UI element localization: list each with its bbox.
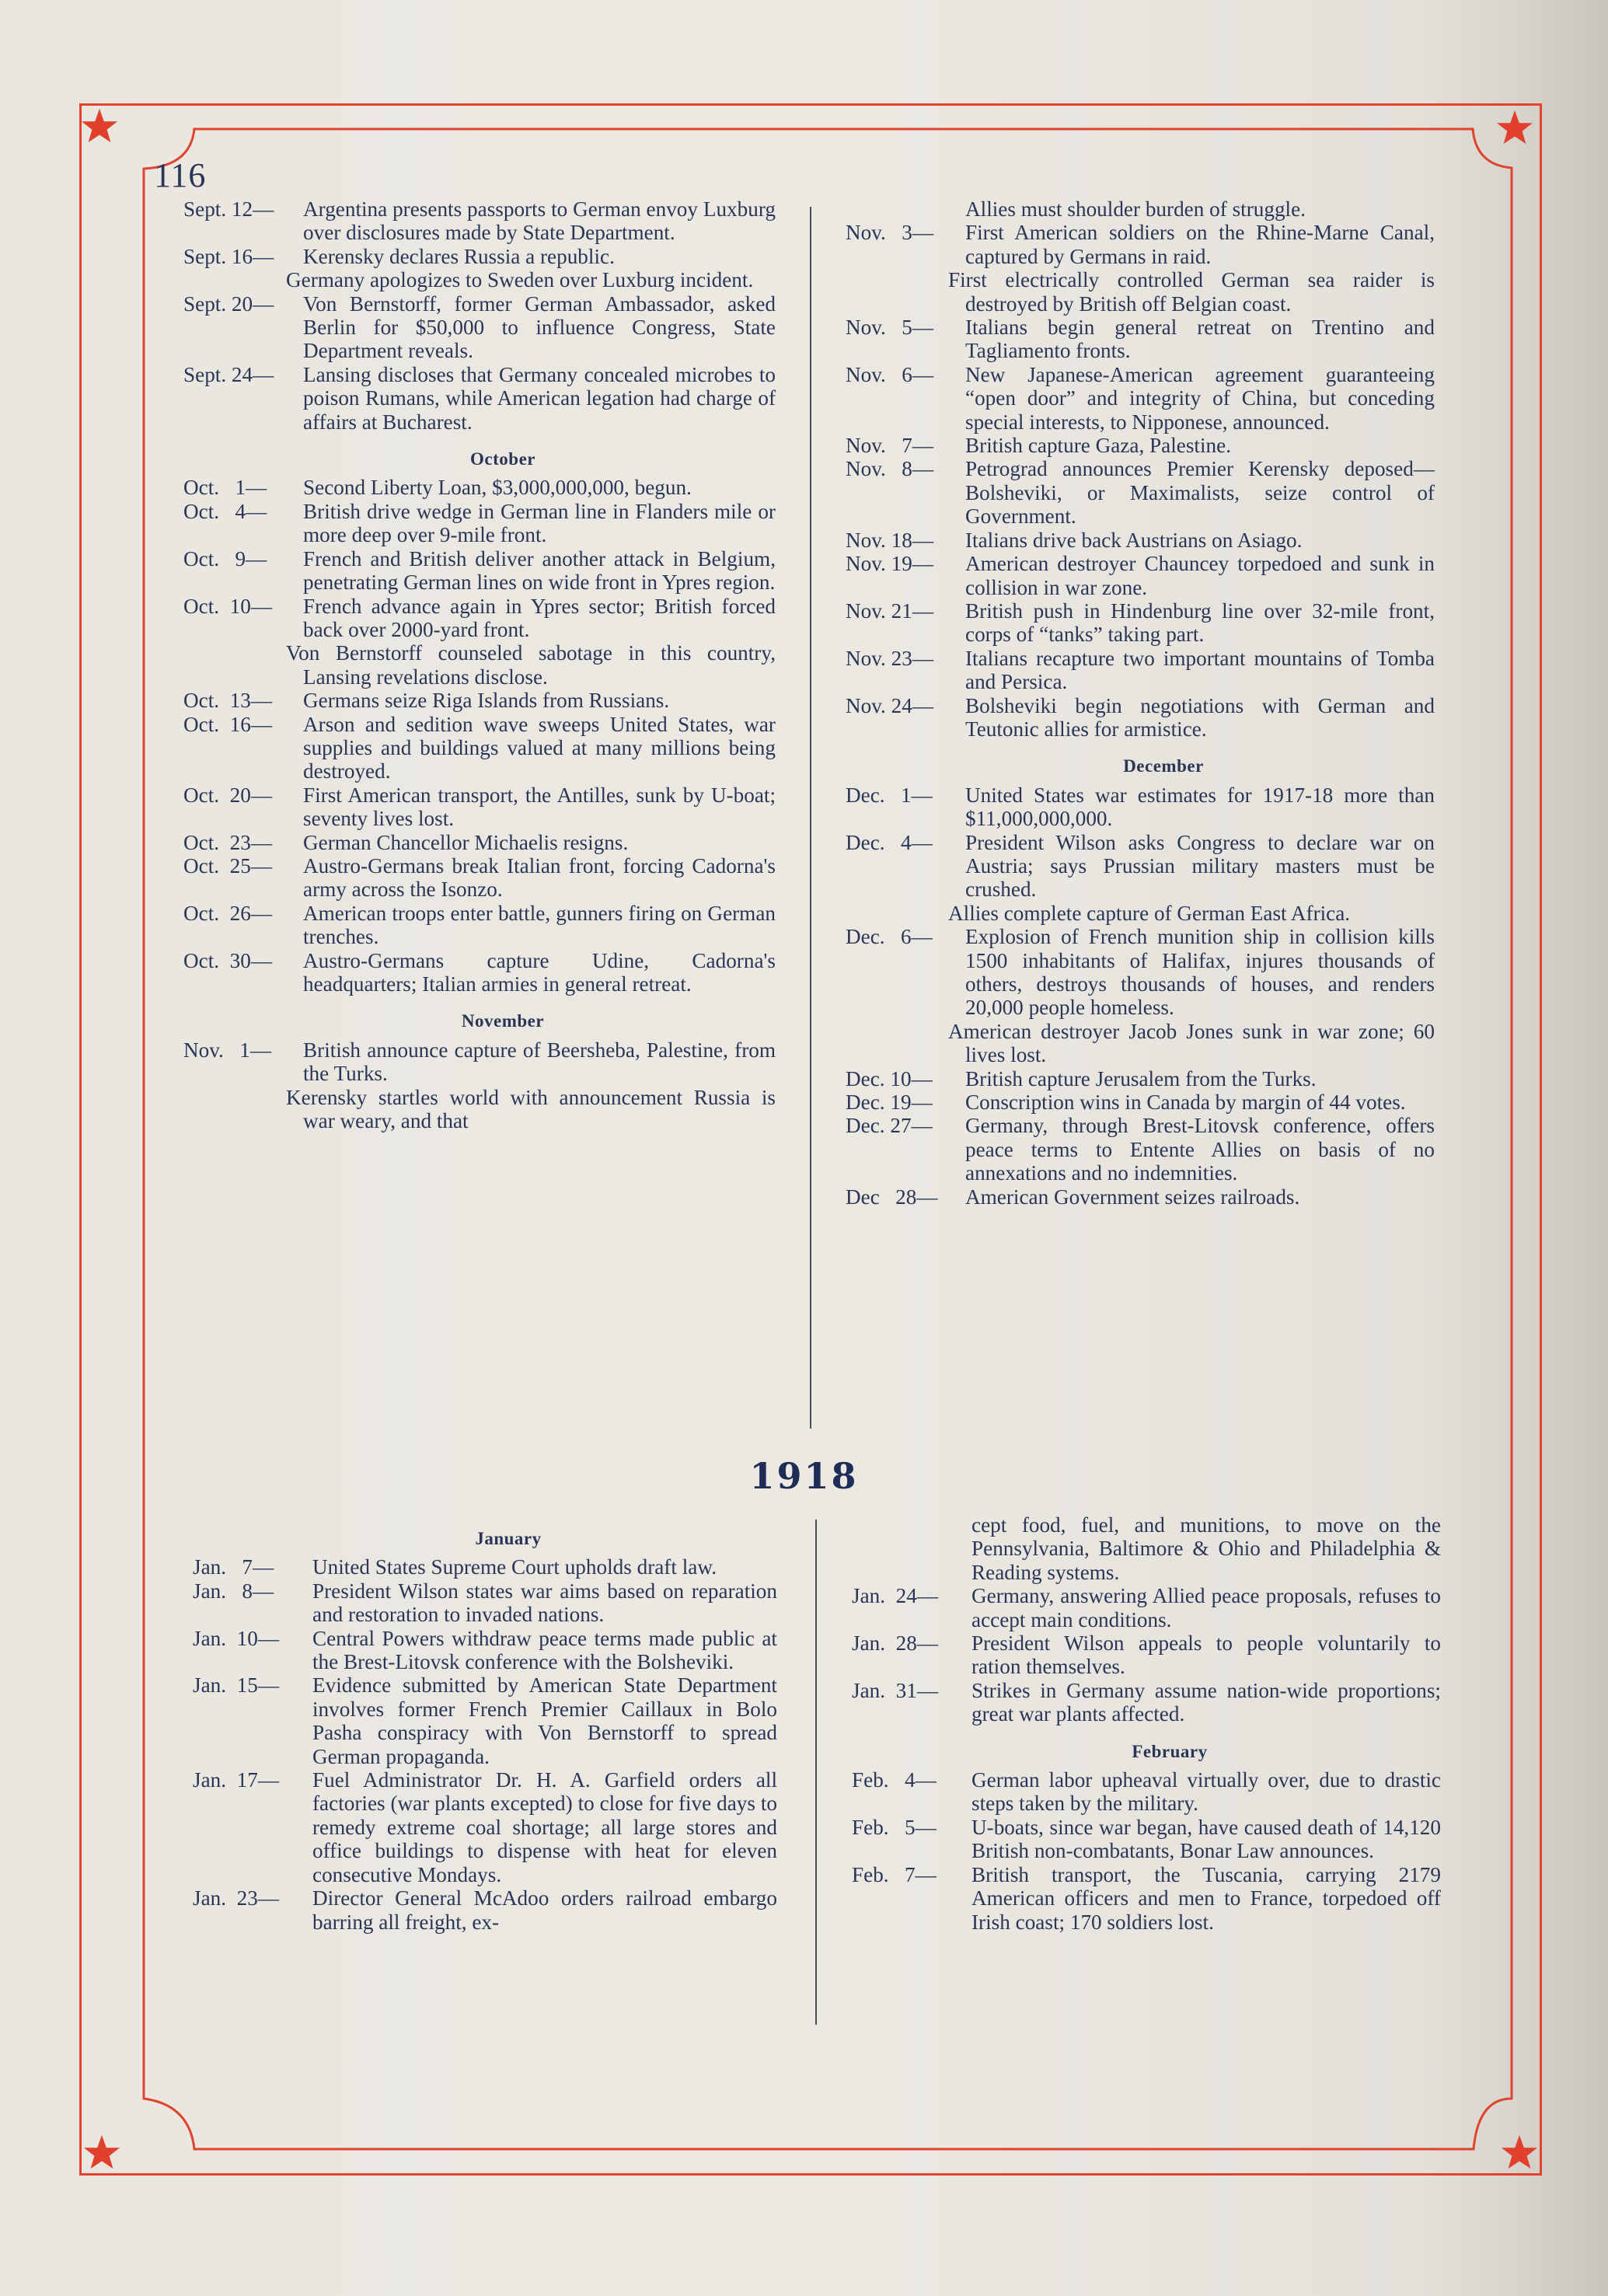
entry-text: Allies complete capture of German East A… xyxy=(965,902,1435,925)
entry-text: Germans seize Riga Islands from Russians… xyxy=(303,689,776,712)
chronology-entry: Dec. 10—British capture Jerusalem from t… xyxy=(846,1067,1435,1090)
chronology-entry: Nov. 21—British push in Hindenburg line … xyxy=(846,599,1435,647)
chronology-entry: Sept. 24—Lansing discloses that Germany … xyxy=(183,363,776,434)
chronology-entry: Nov. 8—Petrograd announces Premier Keren… xyxy=(846,457,1435,528)
entry-date: Feb. 7— xyxy=(852,1863,937,1886)
entry-date: Oct. 9— xyxy=(183,547,267,571)
entry-date: Feb. 5— xyxy=(852,1816,937,1839)
entry-text: cept food, fuel, and munitions, to move … xyxy=(971,1513,1441,1584)
chronology-entry: Dec. 4—President Wilson asks Congress to… xyxy=(846,831,1435,902)
entry-text: German Chancellor Michaelis resigns. xyxy=(303,831,776,854)
entry-text: Fuel Administrator Dr. H. A. Garfield or… xyxy=(312,1768,777,1886)
entry-date: Jan. 7— xyxy=(193,1555,274,1579)
chronology-entry: Jan. 28—President Wilson appeals to peop… xyxy=(852,1631,1441,1679)
entry-text: Germany, through Brest-Litovsk conferenc… xyxy=(965,1114,1435,1185)
entry-date: Nov. 6— xyxy=(846,363,933,386)
entry-date: Nov. 23— xyxy=(846,647,933,670)
entry-text: Lansing discloses that Germany concealed… xyxy=(303,363,776,434)
entry-date: Oct. 30— xyxy=(183,949,272,972)
entry-text: French advance again in Ypres sector; Br… xyxy=(303,595,776,642)
chronology-entry: Oct. 26—American troops enter battle, gu… xyxy=(183,902,776,949)
entry-date: Dec. 1— xyxy=(846,783,933,807)
entry-date: Nov. 7— xyxy=(846,434,933,457)
entry-date: Dec. 4— xyxy=(846,831,933,854)
year-heading-1918: 1918 xyxy=(0,1455,1608,1497)
entry-date: Jan. 28— xyxy=(852,1631,938,1655)
entry-text: Austro-Germans break Italian front, forc… xyxy=(303,854,776,902)
chronology-sub-entry: Von Bernstorff counseled sabotage in thi… xyxy=(183,641,776,689)
entry-date: Jan. 31— xyxy=(852,1679,938,1702)
chronology-entry: Oct. 25—Austro-Germans break Italian fro… xyxy=(183,854,776,902)
chronology-sub-entry: First electrically controlled German sea… xyxy=(846,268,1435,316)
entry-text: Italians drive back Austrians on Asiago. xyxy=(965,529,1435,552)
entry-text: Second Liberty Loan, $3,000,000,000, beg… xyxy=(303,476,776,499)
entry-date: Nov. 1— xyxy=(183,1038,271,1062)
chronology-entry: Nov. 1—British announce capture of Beers… xyxy=(183,1038,776,1086)
entry-text: Germany apologizes to Sweden over Luxbur… xyxy=(303,268,776,291)
chronology-entry: Oct. 9—French and British deliver anothe… xyxy=(183,547,776,595)
red-star-icon xyxy=(1496,109,1533,146)
chronology-entry: Dec. 19—Conscription wins in Canada by m… xyxy=(846,1090,1435,1114)
entry-date: Oct. 10— xyxy=(183,595,272,618)
chronology-entry: Nov. 23—Italians recapture two important… xyxy=(846,647,1435,694)
chronology-entry: Nov. 18—Italians drive back Austrians on… xyxy=(846,529,1435,552)
chronology-entry: Nov. 24—Bolsheviki begin negotiations wi… xyxy=(846,694,1435,741)
entry-text: American troops enter battle, gunners fi… xyxy=(303,902,776,949)
chronology-entry: Sept. 20—Von Bernstorff, former German A… xyxy=(183,292,776,363)
entry-text: American Government seizes railroads. xyxy=(965,1185,1435,1209)
entry-text: Conscription wins in Canada by margin of… xyxy=(965,1090,1435,1114)
chronology-entry: Nov. 3—First American soldiers on the Rh… xyxy=(846,221,1435,268)
chronology-entry: Feb. 7—British transport, the Tuscania, … xyxy=(852,1863,1441,1934)
entry-date: Jan. 15— xyxy=(193,1673,279,1697)
entry-date: Nov. 18— xyxy=(846,529,933,552)
chronology-entry: Oct. 16—Arson and sedition wave sweeps U… xyxy=(183,713,776,783)
chronology-continued-text: cept food, fuel, and munitions, to move … xyxy=(852,1513,1441,1584)
entry-text: British capture Jerusalem from the Turks… xyxy=(965,1067,1435,1090)
chronology-sub-entry: Germany apologizes to Sweden over Luxbur… xyxy=(183,268,776,291)
entry-text: First American soldiers on the Rhine-Mar… xyxy=(965,221,1435,268)
entry-date: Nov. 5— xyxy=(846,316,933,339)
chronology-continued-text: Allies must shoulder burden of struggle. xyxy=(846,197,1435,221)
chronology-entry: Nov. 7—British capture Gaza, Palestine. xyxy=(846,434,1435,457)
chronology-entry: Sept. 16—Kerensky declares Russia a repu… xyxy=(183,245,776,268)
page-number: 116 xyxy=(154,155,206,195)
entry-text: Strikes in Germany assume nation-wide pr… xyxy=(971,1679,1441,1726)
entry-date: Jan. 17— xyxy=(193,1768,279,1792)
red-star-icon xyxy=(83,2134,120,2171)
chronology-entry: Feb. 5—U-boats, since war began, have ca… xyxy=(852,1816,1441,1863)
entry-date: Sept. 24— xyxy=(183,363,274,386)
chronology-entry: Jan. 10—Central Powers withdraw peace te… xyxy=(193,1627,777,1674)
month-heading: December xyxy=(846,755,1435,778)
entry-text: Kerensky startles world with announcemen… xyxy=(303,1086,776,1133)
entry-text: Kerensky declares Russia a republic. xyxy=(303,245,776,268)
entry-text: President Wilson states war aims based o… xyxy=(312,1579,777,1627)
entry-text: Arson and sedition wave sweeps United St… xyxy=(303,713,776,783)
entry-date: Oct. 20— xyxy=(183,783,272,807)
entry-date: Oct. 1— xyxy=(183,476,267,499)
entry-text: Austro-Germans capture Udine, Cadorna's … xyxy=(303,949,776,996)
entry-text: Director General McAdoo orders railroad … xyxy=(312,1886,777,1934)
chronology-entry: Nov. 5—Italians begin general retreat on… xyxy=(846,316,1435,363)
chronology-entry: Oct. 4—British drive wedge in German lin… xyxy=(183,500,776,547)
red-star-icon xyxy=(81,107,118,145)
chronology-entry: Oct. 13—Germans seize Riga Islands from … xyxy=(183,689,776,712)
month-heading: October xyxy=(183,448,776,471)
entry-text: First American transport, the Antilles, … xyxy=(303,783,776,831)
month-heading: January xyxy=(193,1527,777,1551)
chronology-entry: Oct. 30—Austro-Germans capture Udine, Ca… xyxy=(183,949,776,996)
chronology-entry: Dec. 1—United States war estimates for 1… xyxy=(846,783,1435,831)
entry-text: United States war estimates for 1917-18 … xyxy=(965,783,1435,831)
entry-date: Dec. 10— xyxy=(846,1067,933,1090)
entry-text: German labor upheaval virtually over, du… xyxy=(971,1768,1441,1816)
entry-date: Nov. 8— xyxy=(846,457,933,480)
entry-date: Nov. 21— xyxy=(846,599,933,623)
chronology-entry: Sept. 12—Argentina presents passports to… xyxy=(183,197,776,245)
chronology-entry: Oct. 10—French advance again in Ypres se… xyxy=(183,595,776,642)
chronology-entry: Jan. 31—Strikes in Germany assume nation… xyxy=(852,1679,1441,1726)
red-star-icon xyxy=(1501,2134,1538,2171)
chronology-entry: Feb. 4—German labor upheaval virtually o… xyxy=(852,1768,1441,1816)
entry-text: American destroyer Jacob Jones sunk in w… xyxy=(965,1020,1435,1067)
entry-text: New Japanese-American agreement guarante… xyxy=(965,363,1435,434)
chronology-entry: Jan. 17—Fuel Administrator Dr. H. A. Gar… xyxy=(193,1768,777,1886)
entry-date: Sept. 12— xyxy=(183,197,274,221)
chronology-entry: Jan. 7—United States Supreme Court uphol… xyxy=(193,1555,777,1579)
entry-date: Dec. 27— xyxy=(846,1114,933,1137)
chronology-entry: Dec. 27—Germany, through Brest-Litovsk c… xyxy=(846,1114,1435,1185)
entry-text: First electrically controlled German sea… xyxy=(965,268,1435,316)
entry-text: British announce capture of Beersheba, P… xyxy=(303,1038,776,1086)
column-right-1918: cept food, fuel, and munitions, to move … xyxy=(852,1513,1441,1934)
entry-date: Jan. 24— xyxy=(852,1584,938,1607)
chronology-sub-entry: Allies complete capture of German East A… xyxy=(846,902,1435,925)
month-heading: November xyxy=(183,1010,776,1033)
entry-date: Dec. 19— xyxy=(846,1090,933,1114)
entry-text: Italians recapture two important mountai… xyxy=(965,647,1435,694)
chronology-entry: Jan. 23—Director General McAdoo orders r… xyxy=(193,1886,777,1934)
entry-text: U-boats, since war began, have caused de… xyxy=(971,1816,1441,1863)
chronology-entry: Oct. 23—German Chancellor Michaelis resi… xyxy=(183,831,776,854)
chronology-entry: Nov. 19—American destroyer Chauncey torp… xyxy=(846,552,1435,599)
entry-date: Oct. 16— xyxy=(183,713,272,736)
chronology-entry: Dec 28—American Government seizes railro… xyxy=(846,1185,1435,1209)
entry-text: Italians begin general retreat on Trenti… xyxy=(965,316,1435,363)
chronology-sub-entry: American destroyer Jacob Jones sunk in w… xyxy=(846,1020,1435,1067)
entry-text: French and British deliver another attac… xyxy=(303,547,776,595)
entry-text: Central Powers withdraw peace terms made… xyxy=(312,1627,777,1674)
chronology-entry: Dec. 6—Explosion of French munition ship… xyxy=(846,925,1435,1020)
entry-date: Oct. 4— xyxy=(183,500,267,523)
entry-text: Petrograd announces Premier Kerensky dep… xyxy=(965,457,1435,528)
entry-text: Germany, answering Allied peace proposal… xyxy=(971,1584,1441,1631)
entry-text: British push in Hindenburg line over 32-… xyxy=(965,599,1435,647)
chronology-entry: Oct. 1—Second Liberty Loan, $3,000,000,0… xyxy=(183,476,776,499)
entry-date: Sept. 20— xyxy=(183,292,274,316)
entry-text: Argentina presents passports to German e… xyxy=(303,197,776,245)
entry-date: Oct. 25— xyxy=(183,854,272,878)
month-heading: February xyxy=(852,1740,1441,1764)
entry-date: Oct. 13— xyxy=(183,689,272,712)
entry-text: British transport, the Tuscania, carryin… xyxy=(971,1863,1441,1934)
entry-date: Dec. 6— xyxy=(846,925,933,948)
entry-date: Jan. 10— xyxy=(193,1627,279,1650)
entry-text: United States Supreme Court upholds draf… xyxy=(312,1555,777,1579)
entry-date: Jan. 8— xyxy=(193,1579,274,1603)
entry-text: Von Bernstorff, former German Ambassador… xyxy=(303,292,776,363)
column-left-1917: Sept. 12—Argentina presents passports to… xyxy=(183,197,776,1132)
entry-text: Bolsheviki begin negotiations with Germa… xyxy=(965,694,1435,741)
entry-text: American destroyer Chauncey torpedoed an… xyxy=(965,552,1435,599)
column-right-1917: Allies must shoulder burden of struggle.… xyxy=(846,197,1435,1209)
entry-date: Nov. 3— xyxy=(846,221,933,244)
chronology-entry: Jan. 8—President Wilson states war aims … xyxy=(193,1579,777,1627)
entry-date: Nov. 19— xyxy=(846,552,933,575)
entry-date: Dec 28— xyxy=(846,1185,938,1209)
entry-date: Oct. 26— xyxy=(183,902,272,925)
entry-text: Evidence submitted by American State Dep… xyxy=(312,1673,777,1768)
column-divider-top xyxy=(810,207,811,1429)
entry-date: Nov. 24— xyxy=(846,694,933,717)
entry-date: Oct. 23— xyxy=(183,831,272,854)
entry-date: Jan. 23— xyxy=(193,1886,279,1910)
entry-text: Explosion of French munition ship in col… xyxy=(965,925,1435,1020)
entry-text: British drive wedge in German line in Fl… xyxy=(303,500,776,547)
entry-text: President Wilson asks Congress to declar… xyxy=(965,831,1435,902)
column-divider-bottom xyxy=(815,1520,817,2025)
chronology-sub-entry: Kerensky startles world with announcemen… xyxy=(183,1086,776,1133)
entry-text: Von Bernstorff counseled sabotage in thi… xyxy=(303,641,776,689)
entry-date: Feb. 4— xyxy=(852,1768,937,1792)
entry-text: British capture Gaza, Palestine. xyxy=(965,434,1435,457)
chronology-entry: Oct. 20—First American transport, the An… xyxy=(183,783,776,831)
chronology-entry: Jan. 15—Evidence submitted by American S… xyxy=(193,1673,777,1768)
entry-text: Allies must shoulder burden of struggle. xyxy=(965,197,1435,221)
chronology-entry: Jan. 24—Germany, answering Allied peace … xyxy=(852,1584,1441,1631)
entry-text: President Wilson appeals to people volun… xyxy=(971,1631,1441,1679)
entry-date: Sept. 16— xyxy=(183,245,274,268)
chronology-entry: Nov. 6—New Japanese-American agreement g… xyxy=(846,363,1435,434)
column-left-1918: JanuaryJan. 7—United States Supreme Cour… xyxy=(193,1513,777,1934)
